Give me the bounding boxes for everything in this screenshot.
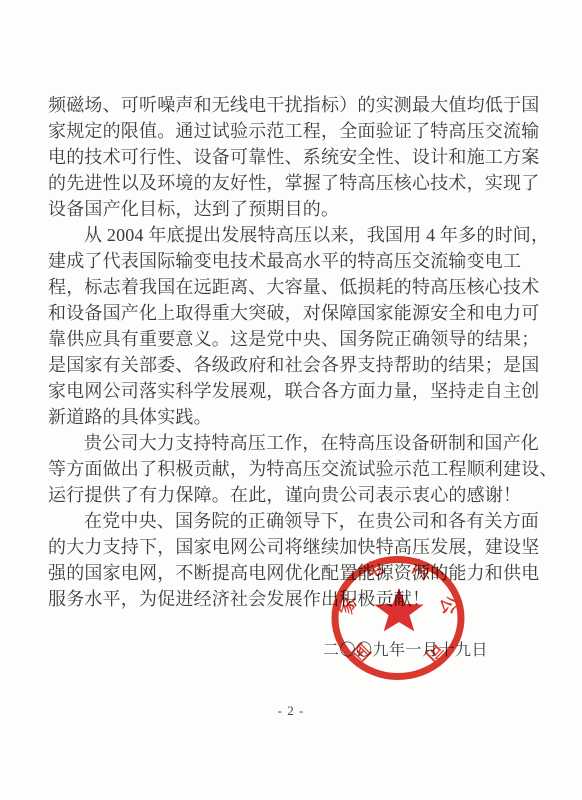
body-line: 家电网公司落实科学发展观，联合各方面力量，坚持走自主创 <box>48 378 548 404</box>
body-line: 程，标志着我国在远距离、大容量、低损耗的特高压核心技术 <box>48 274 548 300</box>
body-line: 靠供应具有重要意义。这是党中央、国务院正确领导的结果； <box>48 326 548 352</box>
body-line: 的大力支持下，国家电网公司将继续加快特高压发展，建设坚 <box>48 534 548 560</box>
page-number: - 2 - <box>0 703 582 719</box>
body-line: 贵公司大力支持特高压工作，在特高压设备研制和国产化 <box>48 430 548 456</box>
letter-body: 频磁场、可听噪声和无线电干扰指标）的实测最大值均低于国 家规定的限值。通过试验示… <box>48 92 548 612</box>
body-line: 从 2004 年底提出发展特高压以来，我国用 4 年多的时间， <box>48 222 548 248</box>
body-line: 家规定的限值。通过试验示范工程，全面验证了特高压交流输 <box>48 118 548 144</box>
body-line: 频磁场、可听噪声和无线电干扰指标）的实测最大值均低于国 <box>48 92 548 118</box>
date-line: 二〇〇九年一月十九日 <box>323 641 488 661</box>
body-line: 和设备国产化上取得重大突破，对保障国家能源安全和电力可 <box>48 300 548 326</box>
body-line: 运行提供了有力保障。在此，谨向贵公司表示衷心的感谢！ <box>48 482 548 508</box>
body-line: 新道路的具体实践。 <box>48 404 548 430</box>
body-line: 等方面做出了积极贡献，为特高压交流试验示范工程顺利建设、 <box>48 456 548 482</box>
body-line: 是国家有关部委、各级政府和社会各界支持帮助的结果；是国 <box>48 352 548 378</box>
body-line: 的先进性以及环境的友好性，掌握了特高压核心技术，实现了 <box>48 170 548 196</box>
document-page: 频磁场、可听噪声和无线电干扰指标）的实测最大值均低于国 家规定的限值。通过试验示… <box>0 0 582 800</box>
body-line: 建成了代表国际输变电技术最高水平的特高压交流输变电工 <box>48 248 548 274</box>
body-line: 强的国家电网，不断提高电网优化配置能源资源的能力和供电 <box>48 560 548 586</box>
body-line: 电的技术可行性、设备可靠性、系统安全性、设计和施工方案 <box>48 144 548 170</box>
body-line: 服务水平，为促进经济社会发展作出积极贡献！ <box>48 586 548 612</box>
body-line: 设备国产化目标，达到了预期目的。 <box>48 196 548 222</box>
body-line: 在党中央、国务院的正确领导下，在贵公司和各有关方面 <box>48 508 548 534</box>
